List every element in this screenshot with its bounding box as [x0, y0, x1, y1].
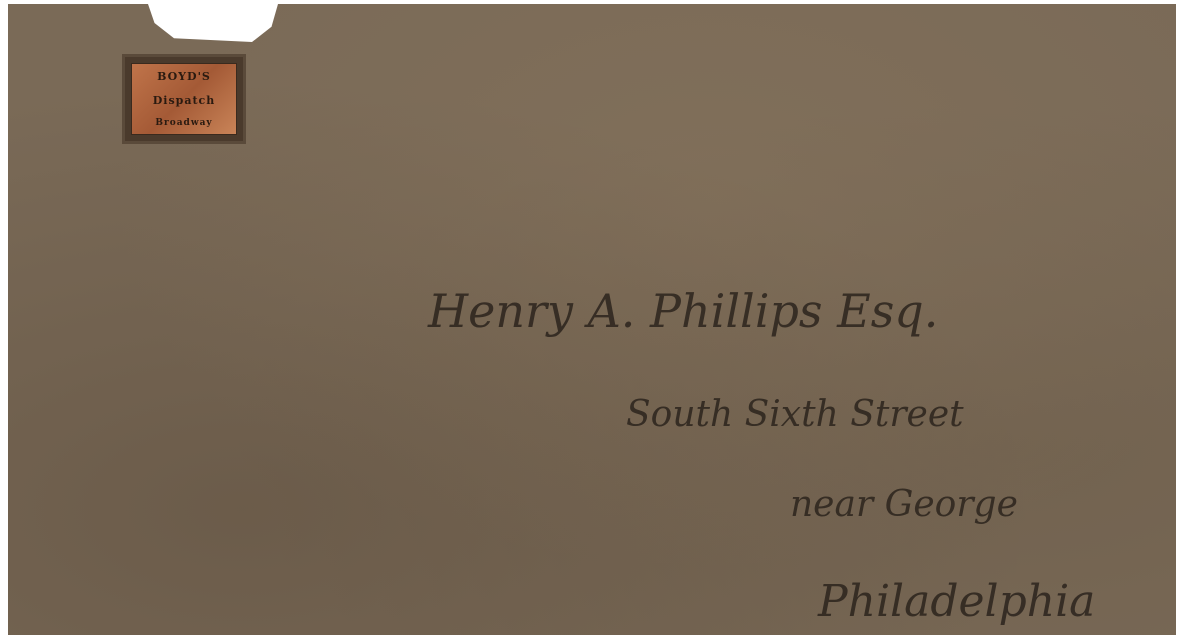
stamp-face: BOYD'S Dispatch Broadway — [131, 63, 237, 135]
stamp-text-line: BOYD'S — [157, 71, 211, 82]
postage-stamp: BOYD'S Dispatch Broadway — [122, 54, 246, 144]
stamp-text-line: Dispatch — [153, 95, 216, 106]
envelope: BOYD'S Dispatch Broadway Henry A. Philli… — [8, 4, 1176, 635]
stamp-text-line: Broadway — [155, 119, 212, 128]
address-recipient: Henry A. Phillips Esq. — [428, 284, 938, 338]
address-cross-street: near George — [790, 484, 1018, 525]
torn-corner — [148, 4, 278, 42]
address-street: South Sixth Street — [626, 394, 964, 435]
address-city: Philadelphia — [818, 576, 1095, 627]
